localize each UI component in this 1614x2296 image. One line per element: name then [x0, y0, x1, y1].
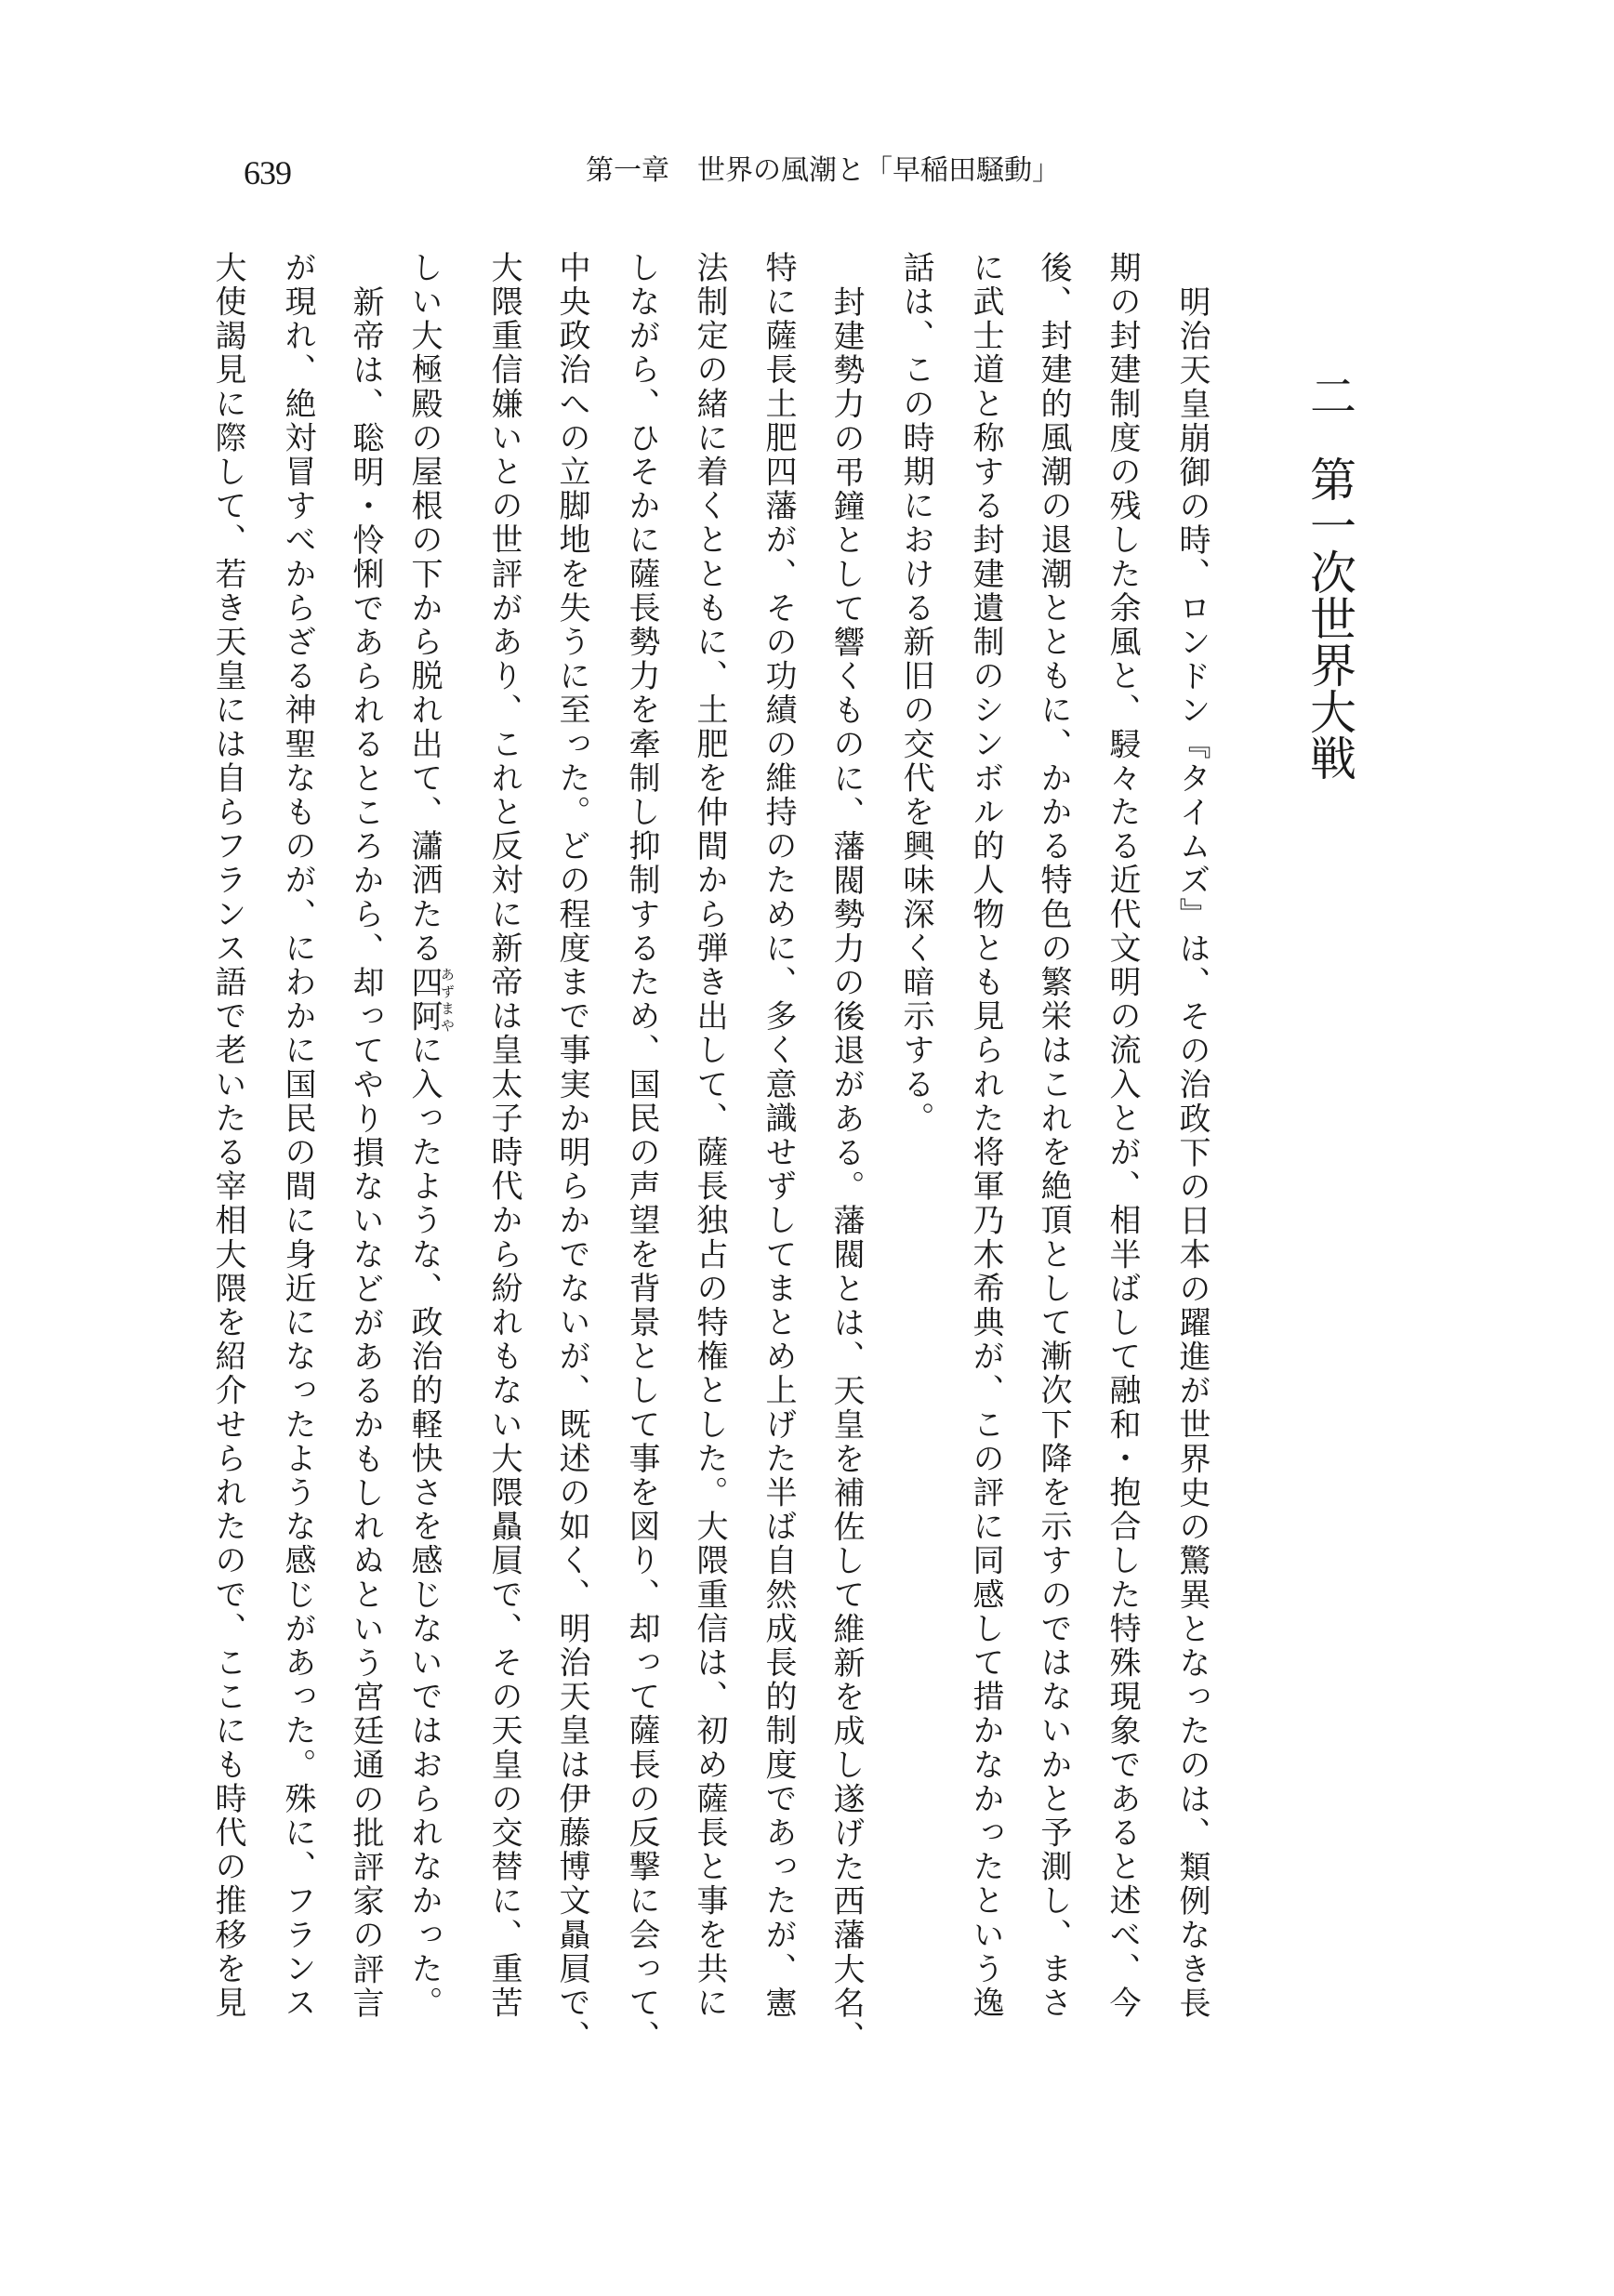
- running-head: 第一章 世界の風潮と「早稲田騒動」: [586, 154, 976, 188]
- text-before-ruby: しい大極殿の屋根の下から脱れ出て、瀟洒たる: [405, 251, 443, 966]
- text-column-4: に武士道と称する封建遺制のシンボル的人物とも見られた将軍乃木希典が、この評に同感…: [965, 251, 1006, 2036]
- text-column-2: 期の封建制度の残した余風と、駸々たる近代文明の流入とが、相半ばして融和・抱合した…: [1102, 251, 1143, 2036]
- text-column-12: しい大極殿の屋根の下から脱れ出て、瀟洒たる四阿あずまやに入ったような、政治的軽快…: [414, 251, 455, 2036]
- section-title: 第一次世界大戦: [1303, 455, 1356, 781]
- text-column-14: が現れ、絶対冒すべからざる神聖なものが、にわかに国民の間に身近になったような感じ…: [277, 251, 318, 2036]
- text-column-9: しながら、ひそかに薩長勢力を牽制し抑制するため、国民の声望を背景として事を図り、…: [621, 251, 662, 2036]
- page-number: 639: [244, 156, 291, 190]
- section-number: 二: [1303, 372, 1356, 418]
- text-column-6: 封建勢力の弔鐘として響くものに、藩閥勢力の後退がある。藩閥とは、天皇を補佐して維…: [826, 251, 867, 2036]
- text-after-ruby: に入ったような、政治的軽快さを感じないではおられなかった。: [405, 1034, 443, 2020]
- text-column-11: 大隈重信嫌いとの世評があり、これと反対に新帝は皇太子時代から紛れもない大隈贔屓で…: [483, 251, 524, 2036]
- ruby-azumaya: 四阿あずまや: [405, 966, 443, 1034]
- text-column-7: 特に薩長土肥四藩が、その功績の維持のために、多く意識せずしてまとめ上げた半ば自然…: [758, 251, 799, 2036]
- text-column-3: 後、封建的風潮の退潮とともに、かかる特色の繁栄はこれを絶頂として漸次下降を示すの…: [1033, 251, 1074, 2036]
- text-column-1: 明治天皇崩御の時、ロンドン『タイムズ』は、その治政下の日本の躍進が世界史の驚異と…: [1171, 251, 1212, 2036]
- text-column-8: 法制定の緒に着くとともに、土肥を仲間から弾き出して、薩長独占の特権とした。大隈重…: [689, 251, 730, 2036]
- ruby-reading: あずまや: [439, 966, 456, 1034]
- text-column-15: 大使謁見に際して、若き天皇には自らフランス語で老いたる宰相大隈を紹介せられたので…: [207, 251, 248, 2036]
- text-column-10: 中央政治への立脚地を失うに至った。どの程度まで事実か明らかでないが、既述の如く、…: [551, 251, 592, 2036]
- text-column-13: 新帝は、聡明・怜悧であられるところから、却ってやり損ないなどがあるかもしれぬとい…: [345, 251, 386, 2036]
- text-column-5: 話は、この時期における新旧の交代を興味深く暗示する。: [895, 251, 936, 2036]
- ruby-base: 四阿: [405, 966, 443, 1034]
- section-heading: 二第一次世界大戦: [1303, 372, 1356, 930]
